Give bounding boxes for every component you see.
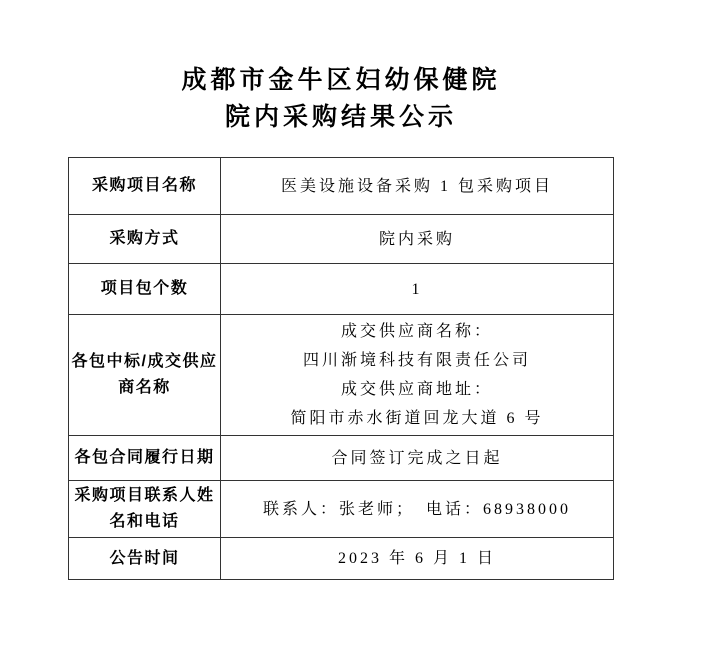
table-row: 公告时间2023 年 6 月 1 日: [69, 538, 614, 580]
value-line: 成交供应商地址：: [225, 375, 609, 404]
row-value: 医美设施设备采购 1 包采购项目: [221, 158, 614, 215]
value-line: 四川渐境科技有限责任公司: [225, 346, 609, 375]
value-line: 合同签订完成之日起: [225, 444, 609, 473]
row-value: 成交供应商名称：四川渐境科技有限责任公司成交供应商地址：简阳市赤水街道回龙大道 …: [221, 315, 614, 436]
row-label: 项目包个数: [69, 264, 221, 315]
row-label: 采购项目联系人姓名和电话: [69, 481, 221, 538]
table-row: 采购项目联系人姓名和电话联系人：张老师； 电话：68938000: [69, 481, 614, 538]
row-value: 院内采购: [221, 215, 614, 264]
table-row: 采购项目名称医美设施设备采购 1 包采购项目: [69, 158, 614, 215]
table-row: 各包中标/成交供应商名称成交供应商名称：四川渐境科技有限责任公司成交供应商地址：…: [69, 315, 614, 436]
value-line: 联系人：张老师； 电话：68938000: [225, 495, 609, 524]
row-label: 各包中标/成交供应商名称: [69, 315, 221, 436]
value-line: 简阳市赤水街道回龙大道 6 号: [225, 404, 609, 433]
row-value: 联系人：张老师； 电话：68938000: [221, 481, 614, 538]
value-line: 1: [225, 275, 609, 304]
row-value: 1: [221, 264, 614, 315]
document-title-line1: 成都市金牛区妇幼保健院: [68, 62, 614, 99]
document-title-line2: 院内采购结果公示: [68, 99, 614, 136]
row-label: 采购项目名称: [69, 158, 221, 215]
table-row: 采购方式院内采购: [69, 215, 614, 264]
value-line: 成交供应商名称：: [225, 317, 609, 346]
document-page: 成都市金牛区妇幼保健院 院内采购结果公示 采购项目名称医美设施设备采购 1 包采…: [68, 62, 614, 580]
value-line: 2023 年 6 月 1 日: [225, 544, 609, 573]
row-label: 各包合同履行日期: [69, 436, 221, 481]
procurement-result-table: 采购项目名称医美设施设备采购 1 包采购项目采购方式院内采购项目包个数1各包中标…: [68, 157, 614, 580]
row-value: 2023 年 6 月 1 日: [221, 538, 614, 580]
row-label: 采购方式: [69, 215, 221, 264]
table-row: 各包合同履行日期合同签订完成之日起: [69, 436, 614, 481]
row-value: 合同签订完成之日起: [221, 436, 614, 481]
value-line: 院内采购: [225, 225, 609, 254]
table-row: 项目包个数1: [69, 264, 614, 315]
document-title: 成都市金牛区妇幼保健院 院内采购结果公示: [68, 62, 614, 136]
value-line: 医美设施设备采购 1 包采购项目: [225, 172, 609, 201]
row-label: 公告时间: [69, 538, 221, 580]
